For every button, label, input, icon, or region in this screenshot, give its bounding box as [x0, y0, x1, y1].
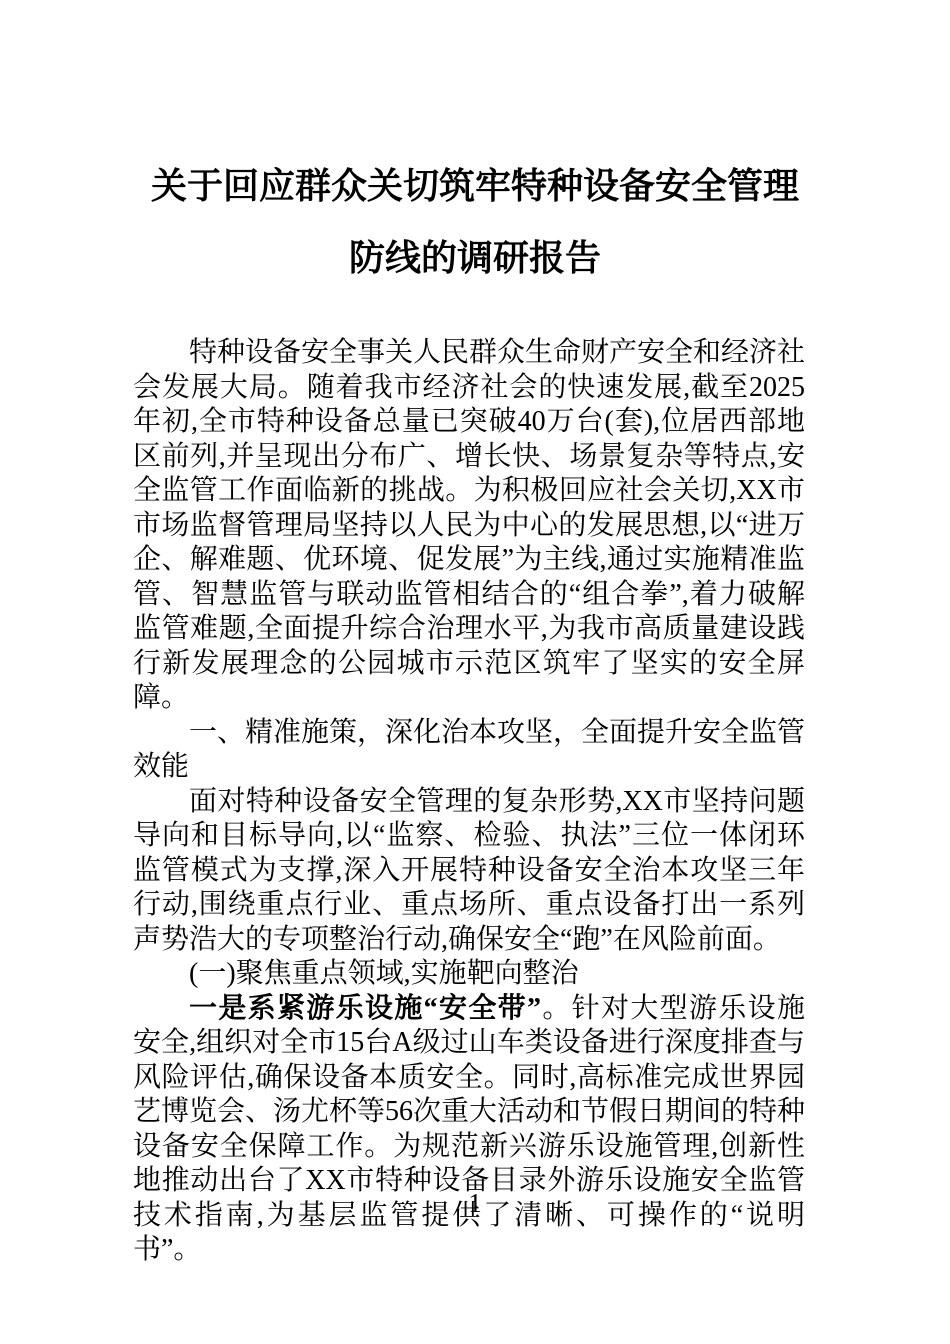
page-footer: 1	[0, 1188, 950, 1218]
title-line-1: 关于回应群众关切筑牢特种设备安全管理	[0, 150, 950, 222]
point-1-paragraph: 一是系紧游乐设施“安全带”。针对大型游乐设施安全,组织对全市15台A级过山车类设…	[133, 992, 805, 1268]
document-title: 关于回应群众关切筑牢特种设备安全管理 防线的调研报告	[0, 150, 950, 294]
document-body: 特种设备安全事关人民群众生命财产安全和经济社会发展大局。随着我市经济社会的快速发…	[133, 336, 805, 1268]
title-line-2: 防线的调研报告	[0, 222, 950, 294]
text-run: 一、精准施策，深化治本攻坚，全面提升安全监管效能	[133, 717, 805, 783]
text-run: 特种设备安全事关人民群众生命财产安全和经济社会发展大局。随着我市经济社会的快速发…	[133, 337, 805, 713]
text-run: (一)聚焦重点领域,实施靶向整治	[189, 958, 579, 989]
page-number: 1	[468, 1188, 482, 1218]
text-run: 。针对大型游乐设施安全,组织对全市15台A级过山车类设备进行深度排查与风险评估,…	[133, 993, 805, 1266]
text-run: 面对特种设备安全管理的复杂形势,XX市坚持问题导向和目标导向,以“监察、检验、执…	[133, 786, 805, 955]
section-1-intro-paragraph: 面对特种设备安全管理的复杂形势,XX市坚持问题导向和目标导向,以“监察、检验、执…	[133, 785, 805, 958]
intro-paragraph: 特种设备安全事关人民群众生命财产安全和经济社会发展大局。随着我市经济社会的快速发…	[133, 336, 805, 716]
section-1-heading: 一、精准施策，深化治本攻坚，全面提升安全监管效能	[133, 716, 805, 785]
subsection-1-1-heading: (一)聚焦重点领域,实施靶向整治	[133, 957, 805, 992]
bold-text-run: 一是系紧游乐设施“安全带”	[189, 993, 541, 1024]
document-page: 关于回应群众关切筑牢特种设备安全管理 防线的调研报告 特种设备安全事关人民群众生…	[0, 0, 950, 1344]
